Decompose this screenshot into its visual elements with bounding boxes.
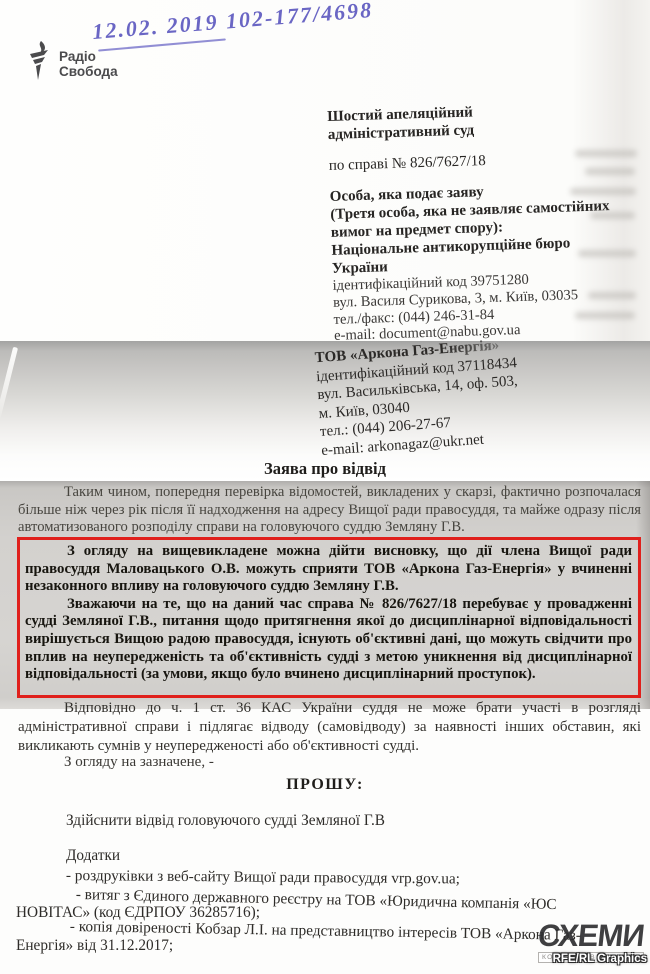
highlight-paragraph-1: З огляду на вищевикладене можна дійти ви… [25,543,632,596]
paragraph-law-reference: Відповідно до ч. 1 ст. 36 КАС України су… [18,699,641,756]
attachment-item: - роздруківки з веб-сайту Вищої ради пра… [66,867,460,888]
document-title: Заява про відвід [0,459,650,479]
highlighted-paragraphs: З огляду на вищевикладене можна дійти ви… [25,543,632,684]
respondent-block: ТОВ «Аркона Газ-Енергія» ідентифікаційни… [314,327,641,461]
court-header-block: Шостий апеляційний адміністративний суд … [327,98,644,345]
attachments-heading: Додатки [66,847,120,865]
schemes-logo-text: СХЕМИ [537,922,646,950]
logo-line-2: Свобода [59,64,118,79]
highlight-paragraph-2: Зважаючи на те, що на даний час справа №… [25,596,632,684]
rferl-graphics-credit: RFE/RL Graphics [553,953,647,965]
logo-line-1: Радіо [59,49,118,64]
request-text: Здійснити відвід головуючого судді Земля… [66,812,385,830]
attachment-item: Енергія» від 31.12.2017; [16,937,173,955]
torch-icon [24,40,54,82]
radio-svoboda-logo: Радіо Свобода [24,40,118,82]
radio-svoboda-wordmark: Радіо Свобода [59,40,118,79]
paragraph-conclusion: З огляду на зазначене, - [64,754,214,771]
request-heading: ПРОШУ: [0,776,650,794]
scanned-court-document-graphic: Радіо Свобода 12.02. 2019 102-177/4698 Ш… [0,0,650,974]
paragraph-intro: Таким чином, попередня перевірка відомос… [18,484,641,537]
